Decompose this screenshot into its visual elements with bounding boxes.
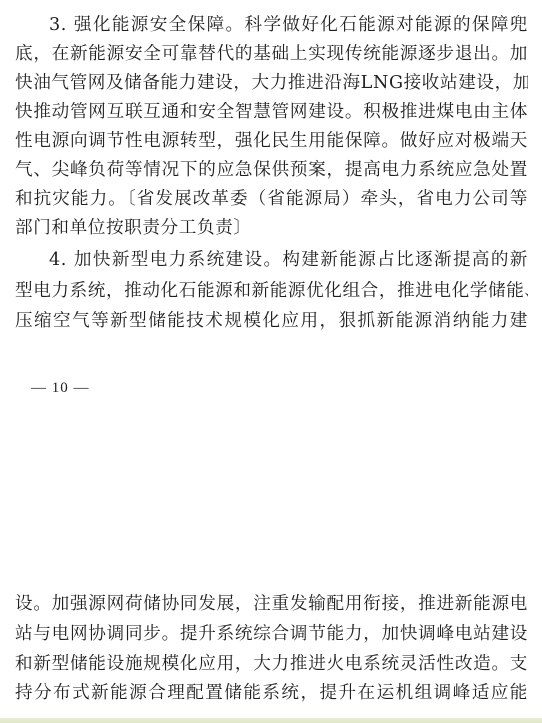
- document-page-11-fragment: 设。加强源网荷储协同发展，注重发输配用衔接，推进新能源电 站与电网协调同步。提升…: [0, 590, 542, 723]
- page-number: — 10 —: [31, 378, 90, 398]
- paragraph-4-line-3: 压缩空气等新型储能技术规模化应用，狠抓新能源消纳能力建: [15, 307, 528, 336]
- continuation-line-2: 站与电网协调同步。提升系统综合调节能力，加快调峰电站建设: [15, 620, 528, 649]
- continuation-line-3: 和新型储能设施规模化应用，大力推进火电系统灵活性改造。支: [15, 650, 528, 679]
- paragraph-3-line-8: 部门和单位按职责分工负责〕: [15, 214, 528, 243]
- paragraph-3-line-6: 气、尖峰负荷等情况下的应急保供预案，提高电力系统应急处置: [15, 156, 528, 185]
- paragraph-4-line-1: 4. 加快新型电力系统建设。构建新能源占比逐渐提高的新: [49, 246, 528, 275]
- paragraph-3-line-7: 和抗灾能力。〔省发展改革委（省能源局）牵头，省电力公司等: [15, 185, 528, 214]
- paragraph-3-line-3: 快油气管网及储备能力建设，大力推进沿海LNG接收站建设，加: [15, 69, 528, 98]
- paragraph-3-line-1: 3. 强化能源安全保障。科学做好化石能源对能源的保障兜: [49, 11, 528, 40]
- paragraph-3-line-4: 快推动管网互联互通和安全智慧管网建设。积极推进煤电由主体: [15, 98, 528, 127]
- continuation-line-4: 持分布式新能源合理配置储能系统，提升在运机组调峰适应能: [15, 679, 528, 708]
- document-page-10-fragment: 3. 强化能源安全保障。科学做好化石能源对能源的保障兜 底，在新能源安全可靠替代…: [0, 0, 542, 420]
- paragraph-4-line-2: 型电力系统，推动化石能源和新能源优化组合，推进电化学储能、: [15, 277, 528, 306]
- paragraph-3-line-2: 底，在新能源安全可靠替代的基础上实现传统能源逐步退出。加: [15, 40, 528, 69]
- continuation-line-1: 设。加强源网荷储协同发展，注重发输配用衔接，推进新能源电: [15, 590, 528, 619]
- page-bottom-edge: [0, 718, 542, 723]
- paragraph-3-line-5: 性电源向调节性电源转型，强化民生用能保障。做好应对极端天: [15, 127, 528, 156]
